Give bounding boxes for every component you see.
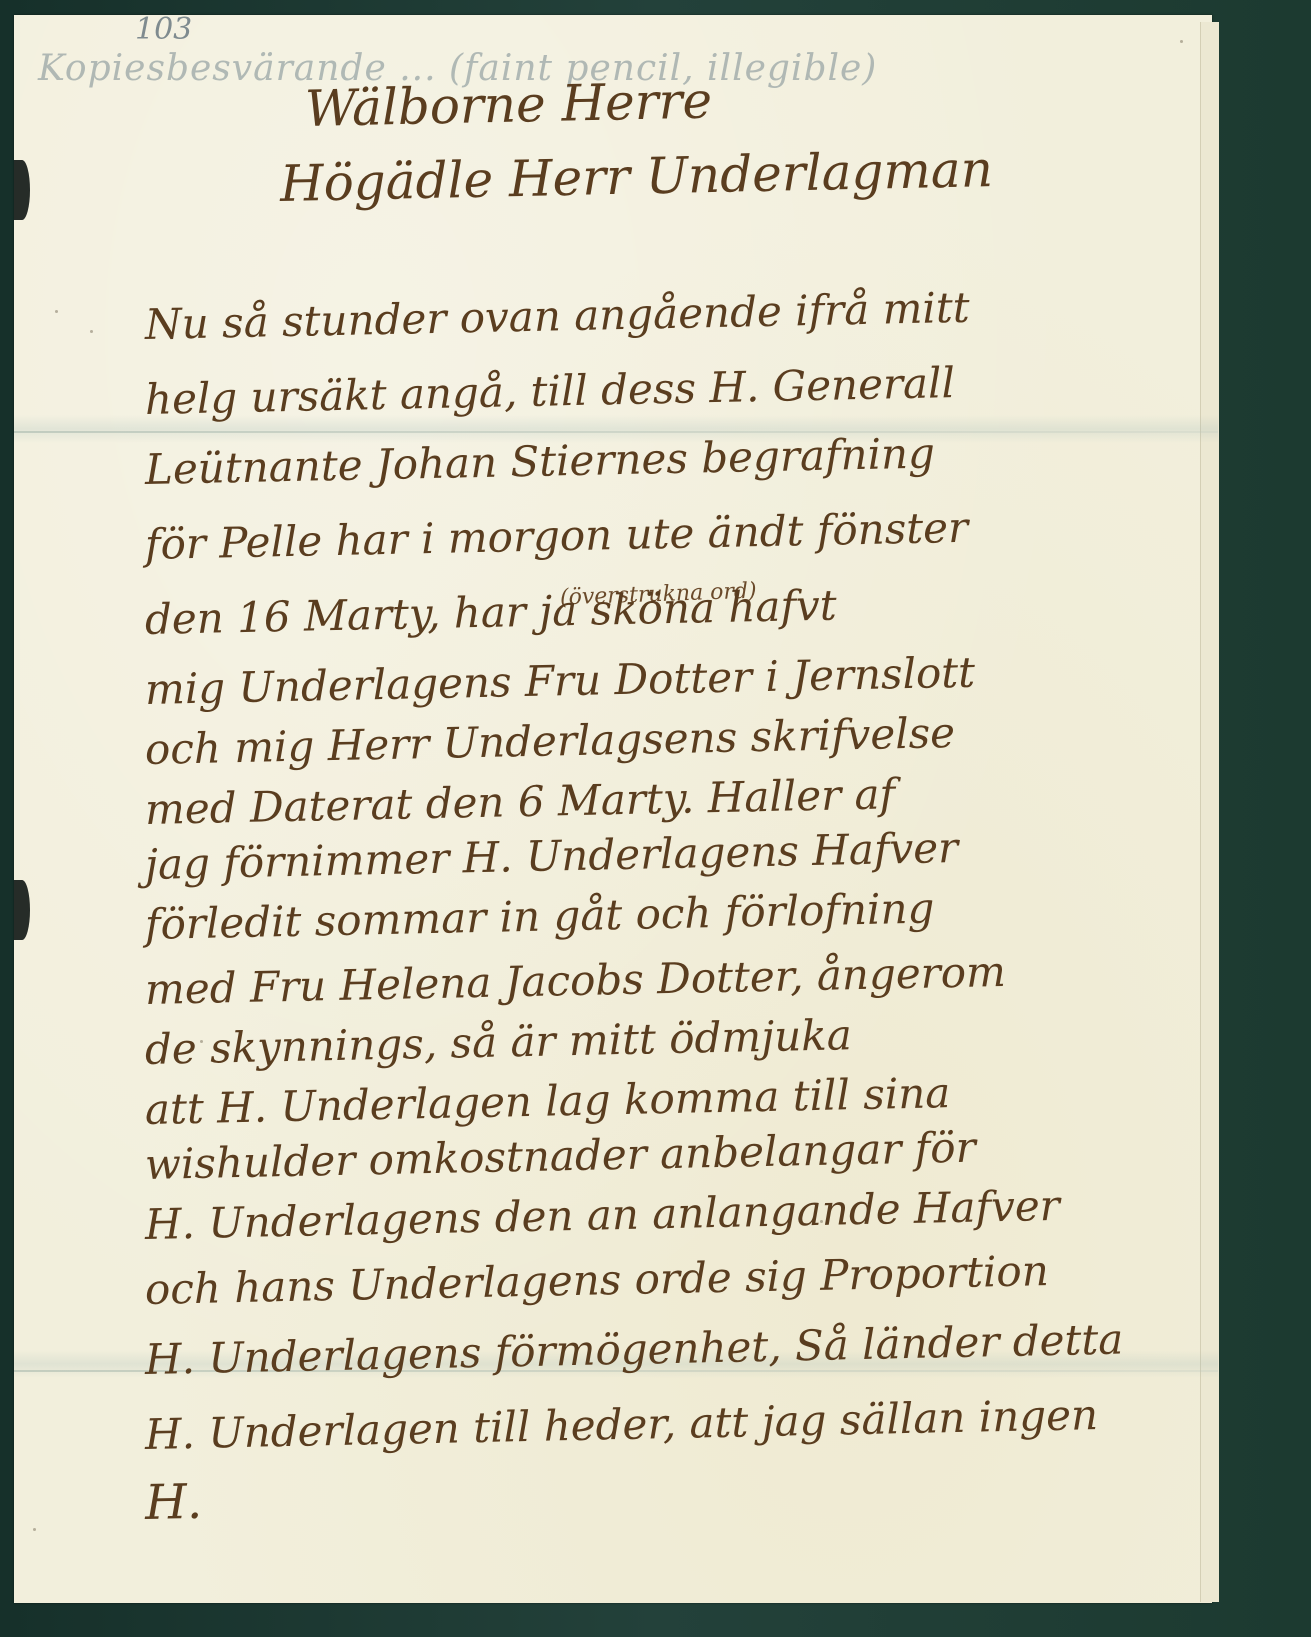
salutation-line-1: Wälborne Herre [304, 71, 712, 138]
archive-number: 103 [135, 12, 192, 47]
closing-mark: H. [144, 1474, 202, 1531]
fold-line [14, 431, 1218, 433]
paper-tear [14, 880, 30, 940]
paper-tear [14, 160, 30, 220]
